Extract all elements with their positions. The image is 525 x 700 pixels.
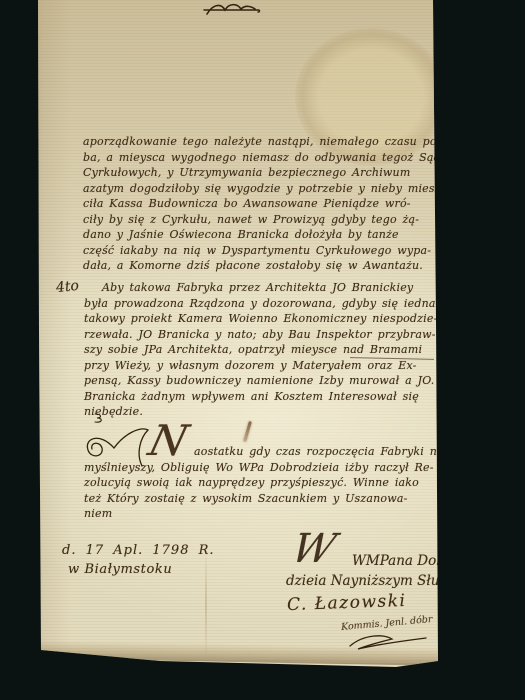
manuscript-line: Aby takowa Fabryka przez Architekta JO B…	[84, 280, 440, 296]
manuscript-line: dano y Jaśnie Oświecona Branicka dołożył…	[83, 227, 439, 243]
manuscript-line: niem	[84, 506, 436, 522]
manuscript-page: aporządkowanie tego należyte nastąpi, ni…	[0, 0, 525, 700]
manuscript-line: Cyrkułowych, y Utrzymywania bezpiecznego…	[83, 165, 439, 181]
paragraph-3: aostatku gdy czas rozpoczęcia Fabryki na…	[84, 444, 436, 522]
ink-drip-stain	[243, 421, 252, 442]
paragraph-1: aporządkowanie tego należyte nastąpi, ni…	[83, 134, 439, 274]
manuscript-line: przy Wieży, y własnym dozorem y Materyał…	[84, 358, 440, 374]
manuscript-line: myślnieyszy, Obliguię Wo WPa Dobrodzieia…	[84, 460, 436, 476]
closing-line-1: WMPana Dobro-	[352, 553, 464, 569]
manuscript-line: część iakaby na nią w Dyspartymentu Cyrk…	[83, 243, 439, 259]
manuscript-line: niebędzie.	[84, 404, 440, 420]
top-paraph-icon	[203, 1, 261, 17]
manuscript-line: azatym dogodziłoby się wygodzie y potrze…	[83, 181, 439, 197]
manuscript-line: zolucyią swoią iak nayprędzey przyśpiesz…	[84, 475, 436, 491]
manuscript-line: pensą, Kassy budowniczey namienione Izby…	[84, 373, 440, 389]
manuscript-line: ba, a mieysca wygodnego niemasz do odbyw…	[83, 150, 439, 166]
manuscript-line: była prowadzona Rządzona y dozorowana, g…	[84, 296, 440, 312]
manuscript-line: aostatku gdy czas rozpoczęcia Fabryki na…	[84, 444, 436, 460]
item-number-4to: 4to	[55, 278, 80, 296]
small-paraph-icon	[92, 412, 106, 424]
manuscript-line: też Który zostaię z wysokim Szacunkiem y…	[84, 491, 436, 507]
photograph-frame: aporządkowanie tego należyte nastąpi, ni…	[0, 0, 525, 700]
vertical-crease	[205, 548, 207, 660]
closing-line-2: dzieia Nayniższym Sługa	[286, 573, 456, 589]
date-line: d. 17 Apl. 1798 R.	[62, 543, 215, 558]
manuscript-line: aporządkowanie tego należyte nastąpi, ni…	[83, 134, 439, 150]
signature-paraph-icon	[344, 630, 430, 652]
closing-initial: W	[287, 529, 340, 569]
manuscript-line: ciły by się z Cyrkułu, nawet w Prowizyą …	[83, 212, 439, 228]
manuscript-line: dała, a Komorne dziś płacone zostałoby s…	[83, 258, 439, 274]
signature: C. Łazowski	[287, 591, 407, 615]
manuscript-line: szy sobie JPa Architekta, opatrzył mieys…	[84, 342, 440, 358]
manuscript-line: rzewała. JO Branicka y nato; aby Bau Ins…	[84, 327, 440, 343]
manuscript-line: takowy proiekt Kamera Woienno Ekonomiczn…	[84, 311, 440, 327]
manuscript-line: ciła Kassa Budownicza bo Awansowane Pien…	[83, 196, 439, 212]
place-line: w Białymstoku	[68, 562, 172, 577]
manuscript-line: Branicka żadnym wpływem ani Kosztem Inte…	[84, 389, 440, 405]
paragraph-2: Aby takowa Fabryka przez Architekta JO B…	[84, 280, 440, 420]
